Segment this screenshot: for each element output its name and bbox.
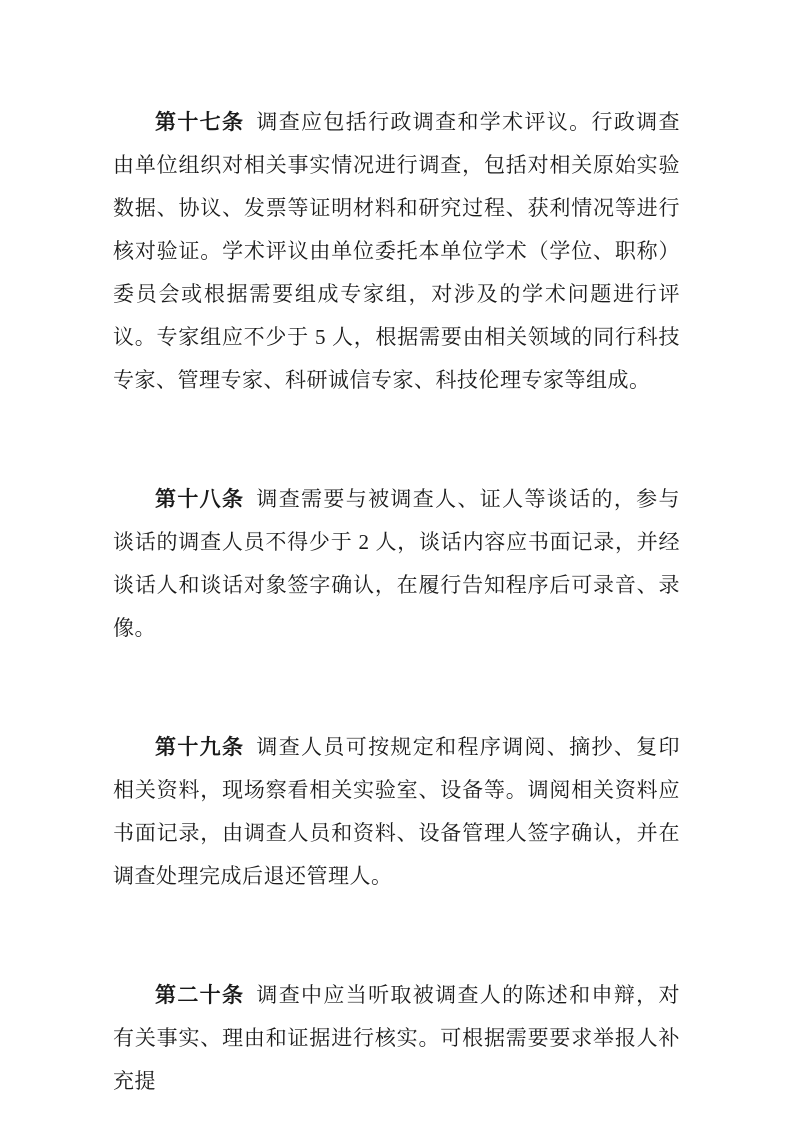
- article-paragraph-17: 第十七条调查应包括行政调查和学术评议。行政调查由单位组织对相关事实情况进行调查，…: [113, 101, 680, 402]
- article-number: 第十八条: [155, 487, 244, 511]
- article-paragraph-19: 第十九条调查人员可按规定和程序调阅、摘抄、复印相关资料，现场察看相关实验室、设备…: [113, 726, 680, 898]
- document-content: 第十七条调查应包括行政调查和学术评议。行政调查由单位组织对相关事实情况进行调查，…: [113, 101, 680, 1103]
- article-number: 第十七条: [155, 110, 244, 134]
- article-text: 调查应包括行政调查和学术评议。行政调查由单位组织对相关事实情况进行调查，包括对相…: [113, 110, 680, 392]
- article-paragraph-20: 第二十条调查中应当听取被调查人的陈述和申辩，对有关事实、理由和证据进行核实。可根…: [113, 974, 680, 1103]
- article-number: 第二十条: [155, 983, 244, 1007]
- article-number: 第十九条: [155, 735, 244, 759]
- document-page: 第十七条调查应包括行政调查和学术评议。行政调查由单位组织对相关事实情况进行调查，…: [0, 0, 793, 1122]
- article-paragraph-18: 第十八条调查需要与被调查人、证人等谈话的，参与谈话的调查人员不得少于 2 人，谈…: [113, 478, 680, 650]
